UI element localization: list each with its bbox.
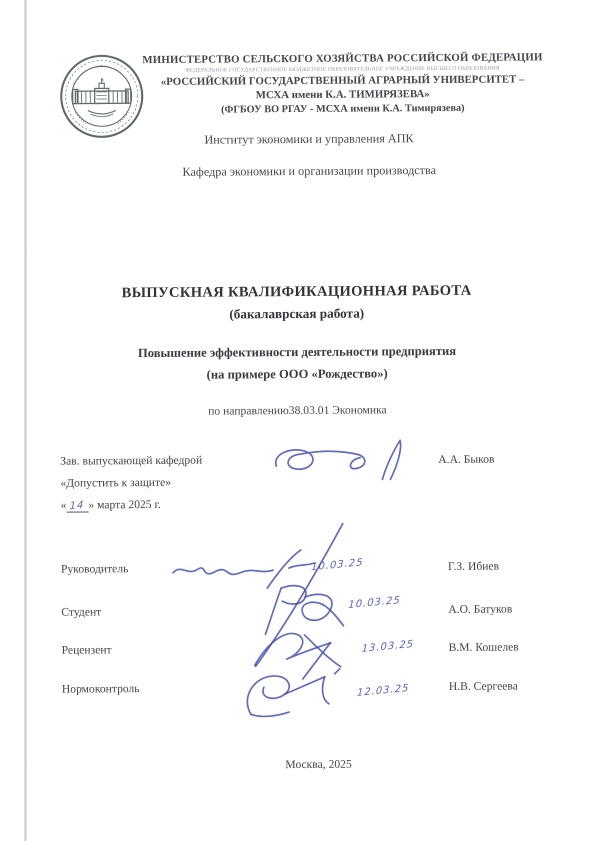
work-type-heading: ВЫПУСКНАЯ КВАЛИФИКАЦИОННАЯ РАБОТА xyxy=(0,282,594,303)
department-name: Кафедра экономики и организации производ… xyxy=(28,162,590,181)
approval-date-line: «14» марта 2025 г. xyxy=(61,498,161,513)
institute-name: Институт экономики и управления АПК xyxy=(28,130,590,149)
normcontrol-signature xyxy=(237,668,362,721)
normcontrol-name: Н.В. Сергеева xyxy=(449,679,518,692)
student-role: Студент xyxy=(61,605,101,618)
ministry-line: МИНИСТЕРСТВО СЕЛЬСКОГО ХОЗЯЙСТВА РОССИЙС… xyxy=(113,51,571,66)
city-and-year: Москва, 2025 xyxy=(285,758,351,771)
date-close-text: » марта 2025 г. xyxy=(88,498,161,512)
university-name-line2: МСХА имени К.А. ТИМИРЯЗЕВА» xyxy=(114,87,572,102)
letterhead: МИНИСТЕРСТВО СЕЛЬСКОГО ХОЗЯЙСТВА РОССИЙС… xyxy=(113,51,571,116)
thesis-title-line1: Повышение эффективности деятельности пре… xyxy=(0,343,595,362)
study-program: по направлению38.03.01 Экономика xyxy=(0,402,595,419)
head-of-department-role: Зав. выпускающей кафедрой xyxy=(60,454,202,468)
thesis-title-page: МИНИСТЕРСТВО СЕЛЬСКОГО ХОЗЯЙСТВА РОССИЙС… xyxy=(0,0,595,841)
handwritten-day: 14 xyxy=(70,501,85,512)
thesis-title-line2: (на примере ООО «Рождество») xyxy=(0,365,595,384)
normcontrol-date: 12.03.25 xyxy=(357,683,410,699)
student-name: А.О. Батуков xyxy=(448,603,512,616)
date-day-underline: 14 xyxy=(66,500,88,512)
university-name-line1: «РОССИЙСКИЙ ГОСУДАРСТВЕННЫЙ АГРАРНЫЙ УНИ… xyxy=(114,73,572,88)
university-abbreviation: (ФГБОУ ВО РГАУ - МСХА имени К.А. Тимиряз… xyxy=(114,102,572,116)
normcontrol-role: Нормоконтроль xyxy=(62,682,140,696)
head-of-department-name: А.А. Быков xyxy=(438,453,494,466)
page-content: МИНИСТЕРСТВО СЕЛЬСКОГО ХОЗЯЙСТВА РОССИЙС… xyxy=(0,0,595,841)
head-of-department-signature xyxy=(268,437,418,486)
work-subtype: (бакалаврская работа) xyxy=(0,304,594,324)
reviewer-role: Рецензент xyxy=(62,643,112,656)
supervisor-name: Г.З. Ибиев xyxy=(448,560,499,573)
permit-to-defense-text: «Допустить к защите» xyxy=(60,476,171,490)
supervisor-role: Руководитель xyxy=(61,562,128,575)
reviewer-name: В.М. Кошелев xyxy=(449,640,519,653)
